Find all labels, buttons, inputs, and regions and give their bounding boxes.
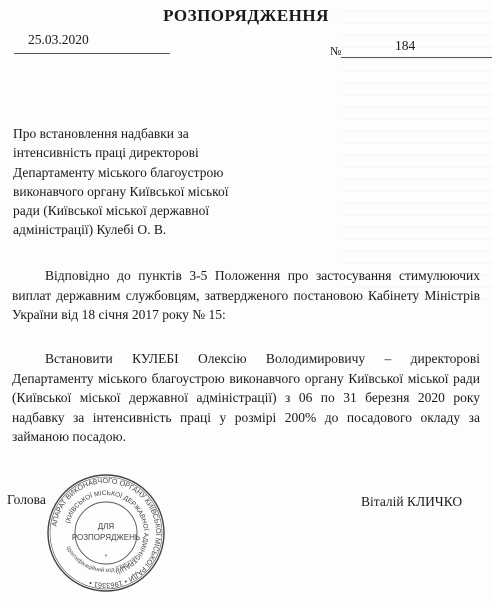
document-page: РОЗПОРЯДЖЕННЯ 25.03.2020 № 184 Про встан… bbox=[0, 0, 492, 601]
stamp-center-line2: РОЗПОРЯДЖЕНЬ bbox=[72, 533, 140, 542]
number-sign: № bbox=[330, 44, 341, 59]
document-number: 184 bbox=[395, 38, 415, 54]
document-subject: Про встановлення надбавки за інтенсивніс… bbox=[13, 124, 273, 240]
number-underline bbox=[341, 57, 492, 58]
order-paragraph: Встановити КУЛЕБІ Олексію Володимировичу… bbox=[12, 349, 480, 447]
preamble-paragraph: Відповідно до пунктів 3-5 Положення про … bbox=[12, 266, 480, 325]
official-seal-stamp: АПАРАТ ВИКОНАВЧОГО ОРГАНУ КИЇВСЬКОЇ МІСЬ… bbox=[46, 471, 166, 595]
document-title: РОЗПОРЯДЖЕННЯ bbox=[0, 6, 492, 26]
date-underline bbox=[14, 53, 170, 54]
document-date: 25.03.2020 bbox=[28, 32, 89, 48]
stamp-center-line1: ДЛЯ bbox=[98, 522, 115, 531]
signatory-role: Голова bbox=[7, 492, 46, 508]
stamp-star: * bbox=[105, 554, 108, 561]
signatory-name: Віталій КЛИЧКО bbox=[361, 494, 462, 510]
bleed-through-artifact bbox=[342, 0, 492, 300]
